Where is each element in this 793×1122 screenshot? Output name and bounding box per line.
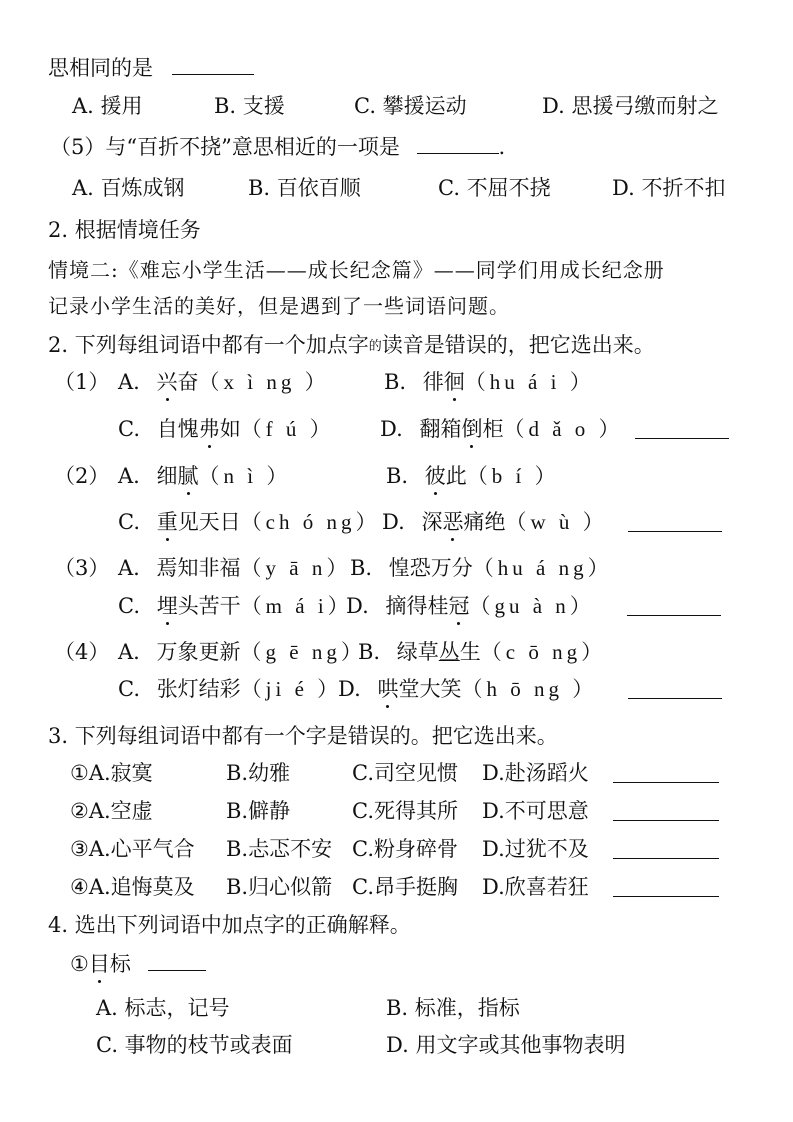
group-number: （3）: [54, 554, 109, 582]
pinyin: （h ō ng ）: [461, 677, 597, 701]
pinyin: （m á i）: [241, 594, 353, 618]
pinyin: （g ē ng）: [241, 640, 366, 664]
option-a: A. 万象更新（g ē ng）: [118, 638, 366, 666]
option-c: C. 不屈不挠: [438, 174, 551, 202]
dotted-char: 弗: [199, 415, 220, 443]
answer-blank[interactable]: [627, 595, 721, 616]
word-part: 深: [421, 510, 442, 534]
answer-blank[interactable]: [613, 876, 719, 897]
option-a: ④A.追悔莫及: [70, 873, 195, 901]
option-label: C.: [118, 594, 140, 618]
word-part: 柜: [482, 417, 503, 441]
option-d: D.欣喜若狂: [482, 873, 589, 901]
word-part: 徘: [423, 370, 444, 394]
word-part: 头苦干: [178, 594, 241, 618]
dotted-char: 恶: [442, 508, 463, 536]
pinyin: （n ì ）: [199, 464, 292, 488]
answer-blank[interactable]: [628, 678, 722, 699]
option-a: A. 标志，记号: [96, 994, 230, 1022]
word-part: 绿草: [397, 640, 439, 664]
group-number: （1）: [54, 368, 109, 396]
option-b: B.归心似箭: [226, 873, 332, 901]
option-label: A.: [118, 370, 140, 394]
dotted-char: 重: [157, 508, 178, 536]
option-d: D. 深恶痛绝（w ù ）: [382, 508, 608, 536]
word: 焉知非福: [157, 556, 241, 580]
option-a: A. 焉知非福（y ā n）: [118, 554, 351, 582]
prompt-text: （5）与“百折不挠”意思相近的一项是: [50, 135, 400, 159]
group-number: （2）: [54, 462, 109, 490]
prompt-text: 思相同的是: [48, 56, 153, 80]
option-label: C.: [118, 510, 140, 534]
option-a: ①A.寂寞: [70, 759, 153, 787]
option-c: C. 攀援运动: [354, 92, 467, 120]
pinyin: （gu à n）: [469, 594, 594, 618]
option-c: C.昂手挺胸: [352, 873, 458, 901]
option-a: A. 兴奋（x ì ng ）: [118, 368, 330, 396]
answer-blank[interactable]: [417, 133, 499, 154]
prompt-text-rest: 读音是错误的，把它选出来。: [382, 333, 655, 357]
word-part: 翻箱: [419, 417, 461, 441]
dotted-char: 徊: [444, 368, 465, 396]
option-b: B. 百依百顺: [248, 174, 361, 202]
dotted-char: 彼: [425, 462, 446, 490]
option-b: B. 彼此（b í ）: [386, 462, 560, 490]
option-a: ③A.心平气合: [70, 835, 195, 863]
option-c: C. 埋头苦干（m á i）: [118, 592, 353, 620]
option-label: B.: [386, 464, 408, 488]
dotted-char: 哄: [377, 675, 398, 703]
pinyin: （f ú ）: [241, 417, 335, 441]
option-b: B. 标准，指标: [386, 994, 520, 1022]
option-c: C. 自愧弗如（f ú ）: [118, 415, 335, 443]
option-d: D. 思援弓缴而射之: [542, 92, 718, 120]
word-part: 痛绝: [463, 510, 505, 534]
word: 万象更新: [157, 640, 241, 664]
option-label: B.: [358, 640, 380, 664]
word-part: 此: [446, 464, 467, 488]
word: 惶恐万分: [389, 556, 473, 580]
option-label: A.: [118, 556, 140, 580]
option-label: D.: [346, 594, 369, 618]
dotted-char: 埋: [157, 592, 178, 620]
dotted-char: 腻: [178, 462, 199, 490]
section-heading: 2. 根据情境任务: [48, 216, 201, 244]
question-prompt: 思相同的是: [48, 54, 254, 82]
scenario-text-line2: 记录小学生活的美好，但是遇到了一些词语问题。: [48, 292, 510, 320]
pinyin: （w ù ）: [505, 510, 607, 534]
prompt-text: 2. 下列每组词语中都有一个加点字: [48, 333, 369, 357]
pinyin: （hu á i ）: [465, 370, 595, 394]
option-b: B.忐忑不安: [226, 835, 332, 863]
prompt-small-text: 的: [369, 339, 382, 354]
underlined-char: 丛: [439, 640, 460, 664]
dotted-char: 冠: [448, 592, 469, 620]
question-3-prompt: 3. 下列每组词语中都有一个字是错误的。把它选出来。: [48, 722, 558, 750]
option-label: A.: [118, 640, 140, 664]
answer-blank[interactable]: [613, 838, 719, 859]
word-part: 堂大笑: [398, 677, 461, 701]
answer-blank[interactable]: [628, 511, 722, 532]
pinyin: （ch ó ng）: [241, 510, 381, 534]
option-c: C. 张灯结彩（ji é ）: [118, 675, 342, 703]
word-part: 摘得桂: [385, 594, 448, 618]
answer-blank[interactable]: [613, 762, 719, 783]
pinyin: （ji é ）: [241, 677, 343, 701]
word-part: 自愧: [157, 417, 199, 441]
option-label: A.: [118, 464, 140, 488]
item-number: ①: [70, 952, 89, 976]
option-d: D.赴汤蹈火: [482, 759, 589, 787]
word-part: 细: [157, 464, 178, 488]
word-part: 见天日: [178, 510, 241, 534]
word-part: 标: [110, 952, 131, 976]
pinyin: （d ǎ o ）: [503, 417, 623, 441]
option-c: C. 重见天日（ch ó ng）: [118, 508, 381, 536]
answer-blank[interactable]: [148, 950, 206, 971]
option-b: B. 惶恐万分（hu á ng）: [350, 554, 613, 582]
dotted-char: 目: [89, 950, 110, 978]
option-a: A. 百炼成钢: [72, 174, 185, 202]
option-d: D. 不折不扣: [612, 174, 725, 202]
group-number: （4）: [54, 638, 109, 666]
question-4-prompt: 4. 选出下列词语中加点字的正确解释。: [48, 911, 411, 939]
pinyin: （x ì ng ）: [199, 370, 330, 394]
dotted-char: 兴: [157, 368, 178, 396]
q4-item-1: ①目标: [70, 950, 206, 978]
option-label: D.: [380, 417, 403, 441]
option-c: C.粉身碎骨: [352, 835, 458, 863]
word: 张灯结彩: [157, 677, 241, 701]
pinyin: （y ā n）: [241, 556, 352, 580]
option-label: D.: [338, 677, 361, 701]
question-2-prompt: 2. 下列每组词语中都有一个加点字的读音是错误的，把它选出来。: [48, 331, 655, 361]
answer-blank[interactable]: [172, 54, 254, 75]
option-a: ②A.空虚: [70, 797, 153, 825]
option-d: D. 摘得桂冠（gu à n）: [346, 592, 595, 620]
pinyin: （b í ）: [467, 464, 560, 488]
answer-blank[interactable]: [613, 800, 719, 821]
dotted-char: 倒: [461, 415, 482, 443]
option-c: C.司空见惯: [352, 759, 458, 787]
option-b: B. 支援: [214, 92, 285, 120]
option-d: D. 用文字或其他事物表明: [386, 1031, 625, 1059]
pinyin: （c ō ng）: [481, 640, 606, 664]
option-d: D. 翻箱倒柜（d ǎ o ）: [380, 415, 624, 443]
scenario-text-line1: 情境二:《难忘小学生活——成长纪念篇》——同学们用成长纪念册: [48, 256, 665, 284]
option-c: C.死得其所: [352, 797, 458, 825]
option-d: D.过犹不及: [482, 835, 589, 863]
pinyin: （hu á ng）: [473, 556, 613, 580]
option-d: D.不可思意: [482, 797, 589, 825]
option-label: B.: [384, 370, 406, 394]
option-b: B.幼雅: [226, 759, 290, 787]
option-label: D.: [382, 510, 405, 534]
word-part: 生: [460, 640, 481, 664]
option-a: A. 细腻（n ì ）: [118, 462, 291, 490]
word-part: 奋: [178, 370, 199, 394]
period: .: [499, 135, 506, 159]
option-label: B.: [350, 556, 372, 580]
option-label: C.: [118, 677, 140, 701]
option-b: B. 徘徊（hu á i ）: [384, 368, 595, 396]
option-c: C. 事物的枝节或表面: [96, 1031, 293, 1059]
option-a: A. 援用: [72, 92, 143, 120]
word-part: 如: [220, 417, 241, 441]
option-label: C.: [118, 417, 140, 441]
answer-blank[interactable]: [635, 418, 729, 439]
option-d: D. 哄堂大笑（h ō ng ）: [338, 675, 597, 703]
option-b: B. 绿草丛生（c ō ng）: [358, 638, 606, 666]
option-b: B.僻静: [226, 797, 290, 825]
question-prompt-5: （5）与“百折不挠”意思相近的一项是 .: [50, 133, 505, 161]
